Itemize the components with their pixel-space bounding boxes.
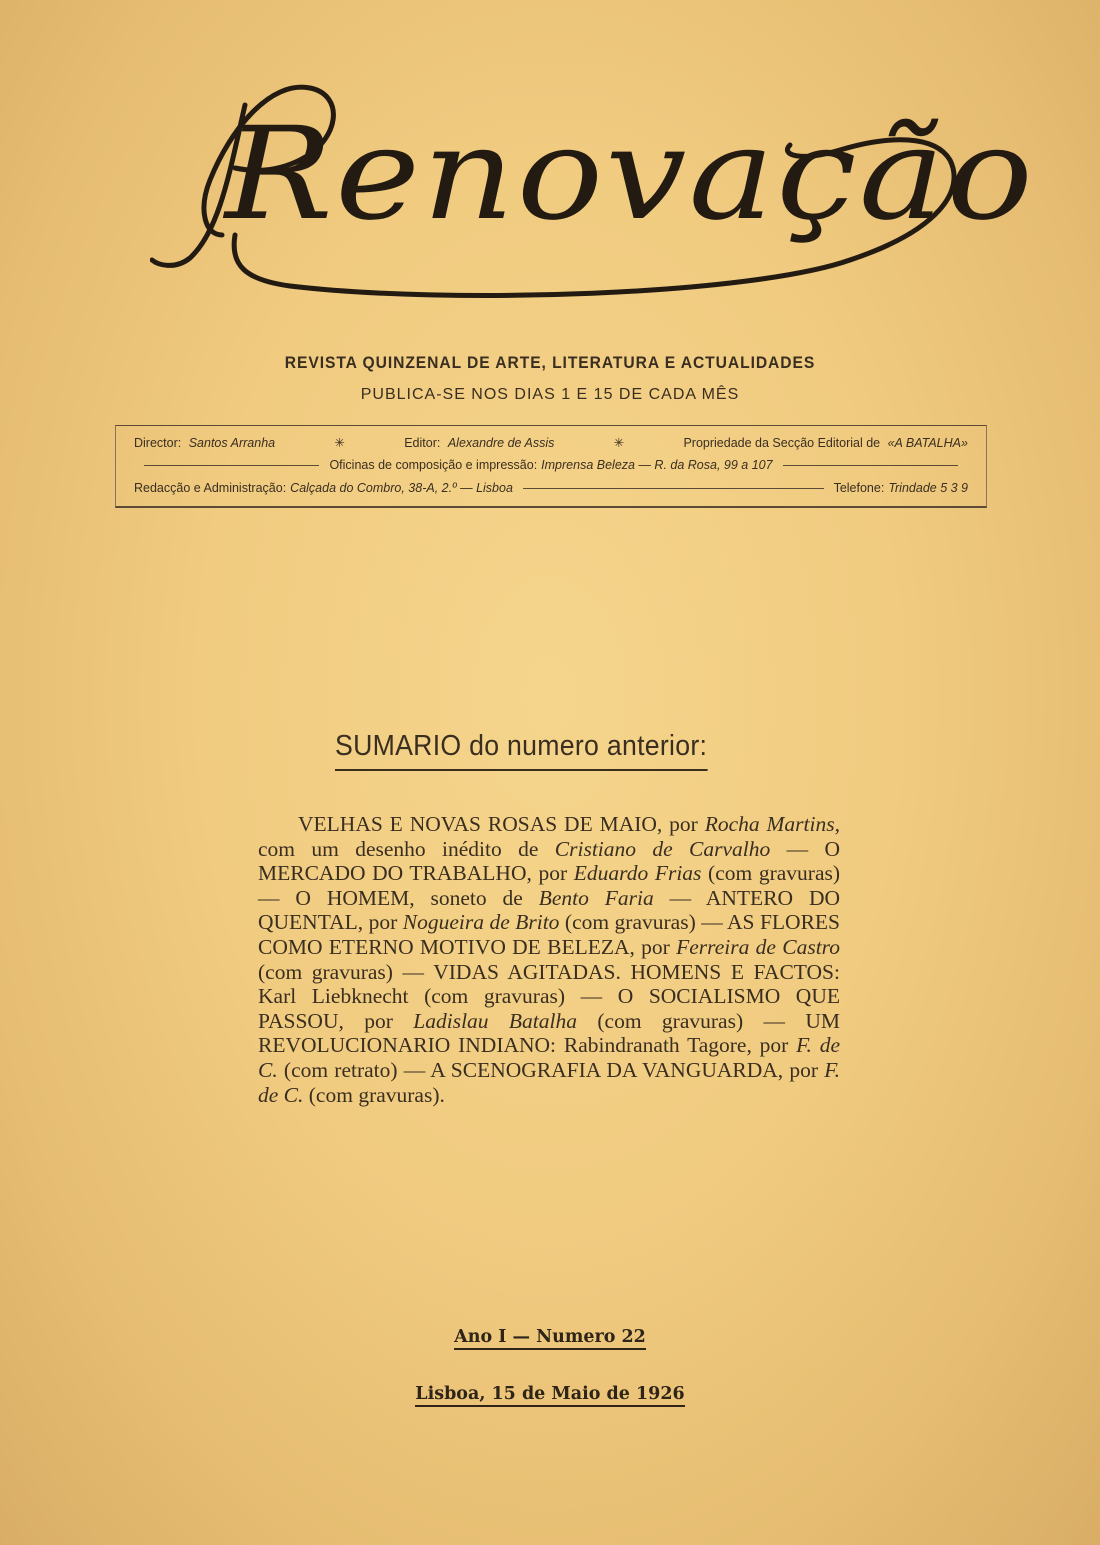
publisher-info-box: Director: Santos Arranha ✳ Editor: Alexa…: [115, 425, 987, 508]
masthead-title: Renovação: [225, 100, 1035, 249]
ownership-label: Propriedade da Secção Editorial de: [683, 436, 880, 450]
author-name: Ladislau Batalha: [413, 1009, 577, 1033]
author-name: Bento Faria: [539, 886, 654, 910]
workshops-value: Imprensa Beleza — R. da Rosa, 99 a 107: [541, 458, 772, 472]
publication-subtitle: REVISTA QUINZENAL DE ARTE, LITERATURA E …: [44, 353, 1056, 373]
publication-schedule: PUBLICA-SE NOS DIAS 1 E 15 DE CADA MÊS: [0, 386, 1100, 404]
summary-text: com um desenho inédito de: [258, 837, 555, 861]
asterisk-icon: ✳: [614, 435, 624, 450]
author-name: Nogueira de Brito: [403, 910, 560, 934]
editor-label: Editor:: [404, 436, 440, 450]
summary-text: VELHAS E NOVAS ROSAS DE MAIO, por: [298, 812, 705, 836]
workshops-row: Oficinas de composição e impressão: Impr…: [134, 458, 968, 472]
divider: [523, 488, 824, 489]
author-name: Rocha Martins,: [705, 812, 840, 836]
dateline: Lisboa, 15 de Maio de 1926: [0, 1384, 1100, 1404]
ownership-name: «A BATALHA»: [888, 436, 968, 450]
summary-text: (com retrato) — A SCENOGRAFIA DA VANGUAR…: [278, 1058, 825, 1082]
summary-paragraph: VELHAS E NOVAS ROSAS DE MAIO, por Rocha …: [258, 812, 840, 1107]
phone-value: Trindade 5 3 9: [888, 481, 968, 495]
admin-label: Redacção e Administração:: [134, 481, 286, 495]
summary-text: (com gravuras).: [303, 1083, 444, 1107]
author-name: Cristiano de Carvalho: [555, 837, 770, 861]
admin-row: Redacção e Administração: Calçada do Com…: [134, 481, 968, 495]
asterisk-icon: ✳: [334, 435, 344, 450]
phone-label: Telefone:: [834, 481, 885, 495]
admin-value: Calçada do Combro, 38-A, 2.º — Lisboa: [290, 481, 513, 495]
director-name: Santos Arranha: [189, 436, 275, 450]
director-label: Director:: [134, 436, 181, 450]
workshops-label: Oficinas de composição e impressão:: [329, 458, 537, 472]
author-name: Eduardo Frias: [574, 861, 702, 885]
divider: [144, 465, 319, 466]
editor-name: Alexandre de Assis: [448, 436, 555, 450]
divider: [783, 465, 958, 466]
issue-number: Ano I — Numero 22: [0, 1327, 1100, 1347]
masthead-logo: Renovação: [150, 60, 970, 320]
author-name: Ferreira de Castro: [676, 935, 840, 959]
dateline-text: Lisboa, 15 de Maio de 1926: [415, 1384, 684, 1407]
staff-row: Director: Santos Arranha ✳ Editor: Alexa…: [134, 435, 968, 450]
issue-number-text: Ano I — Numero 22: [454, 1327, 646, 1350]
summary-heading: SUMARIO do numero anterior:: [335, 730, 707, 771]
